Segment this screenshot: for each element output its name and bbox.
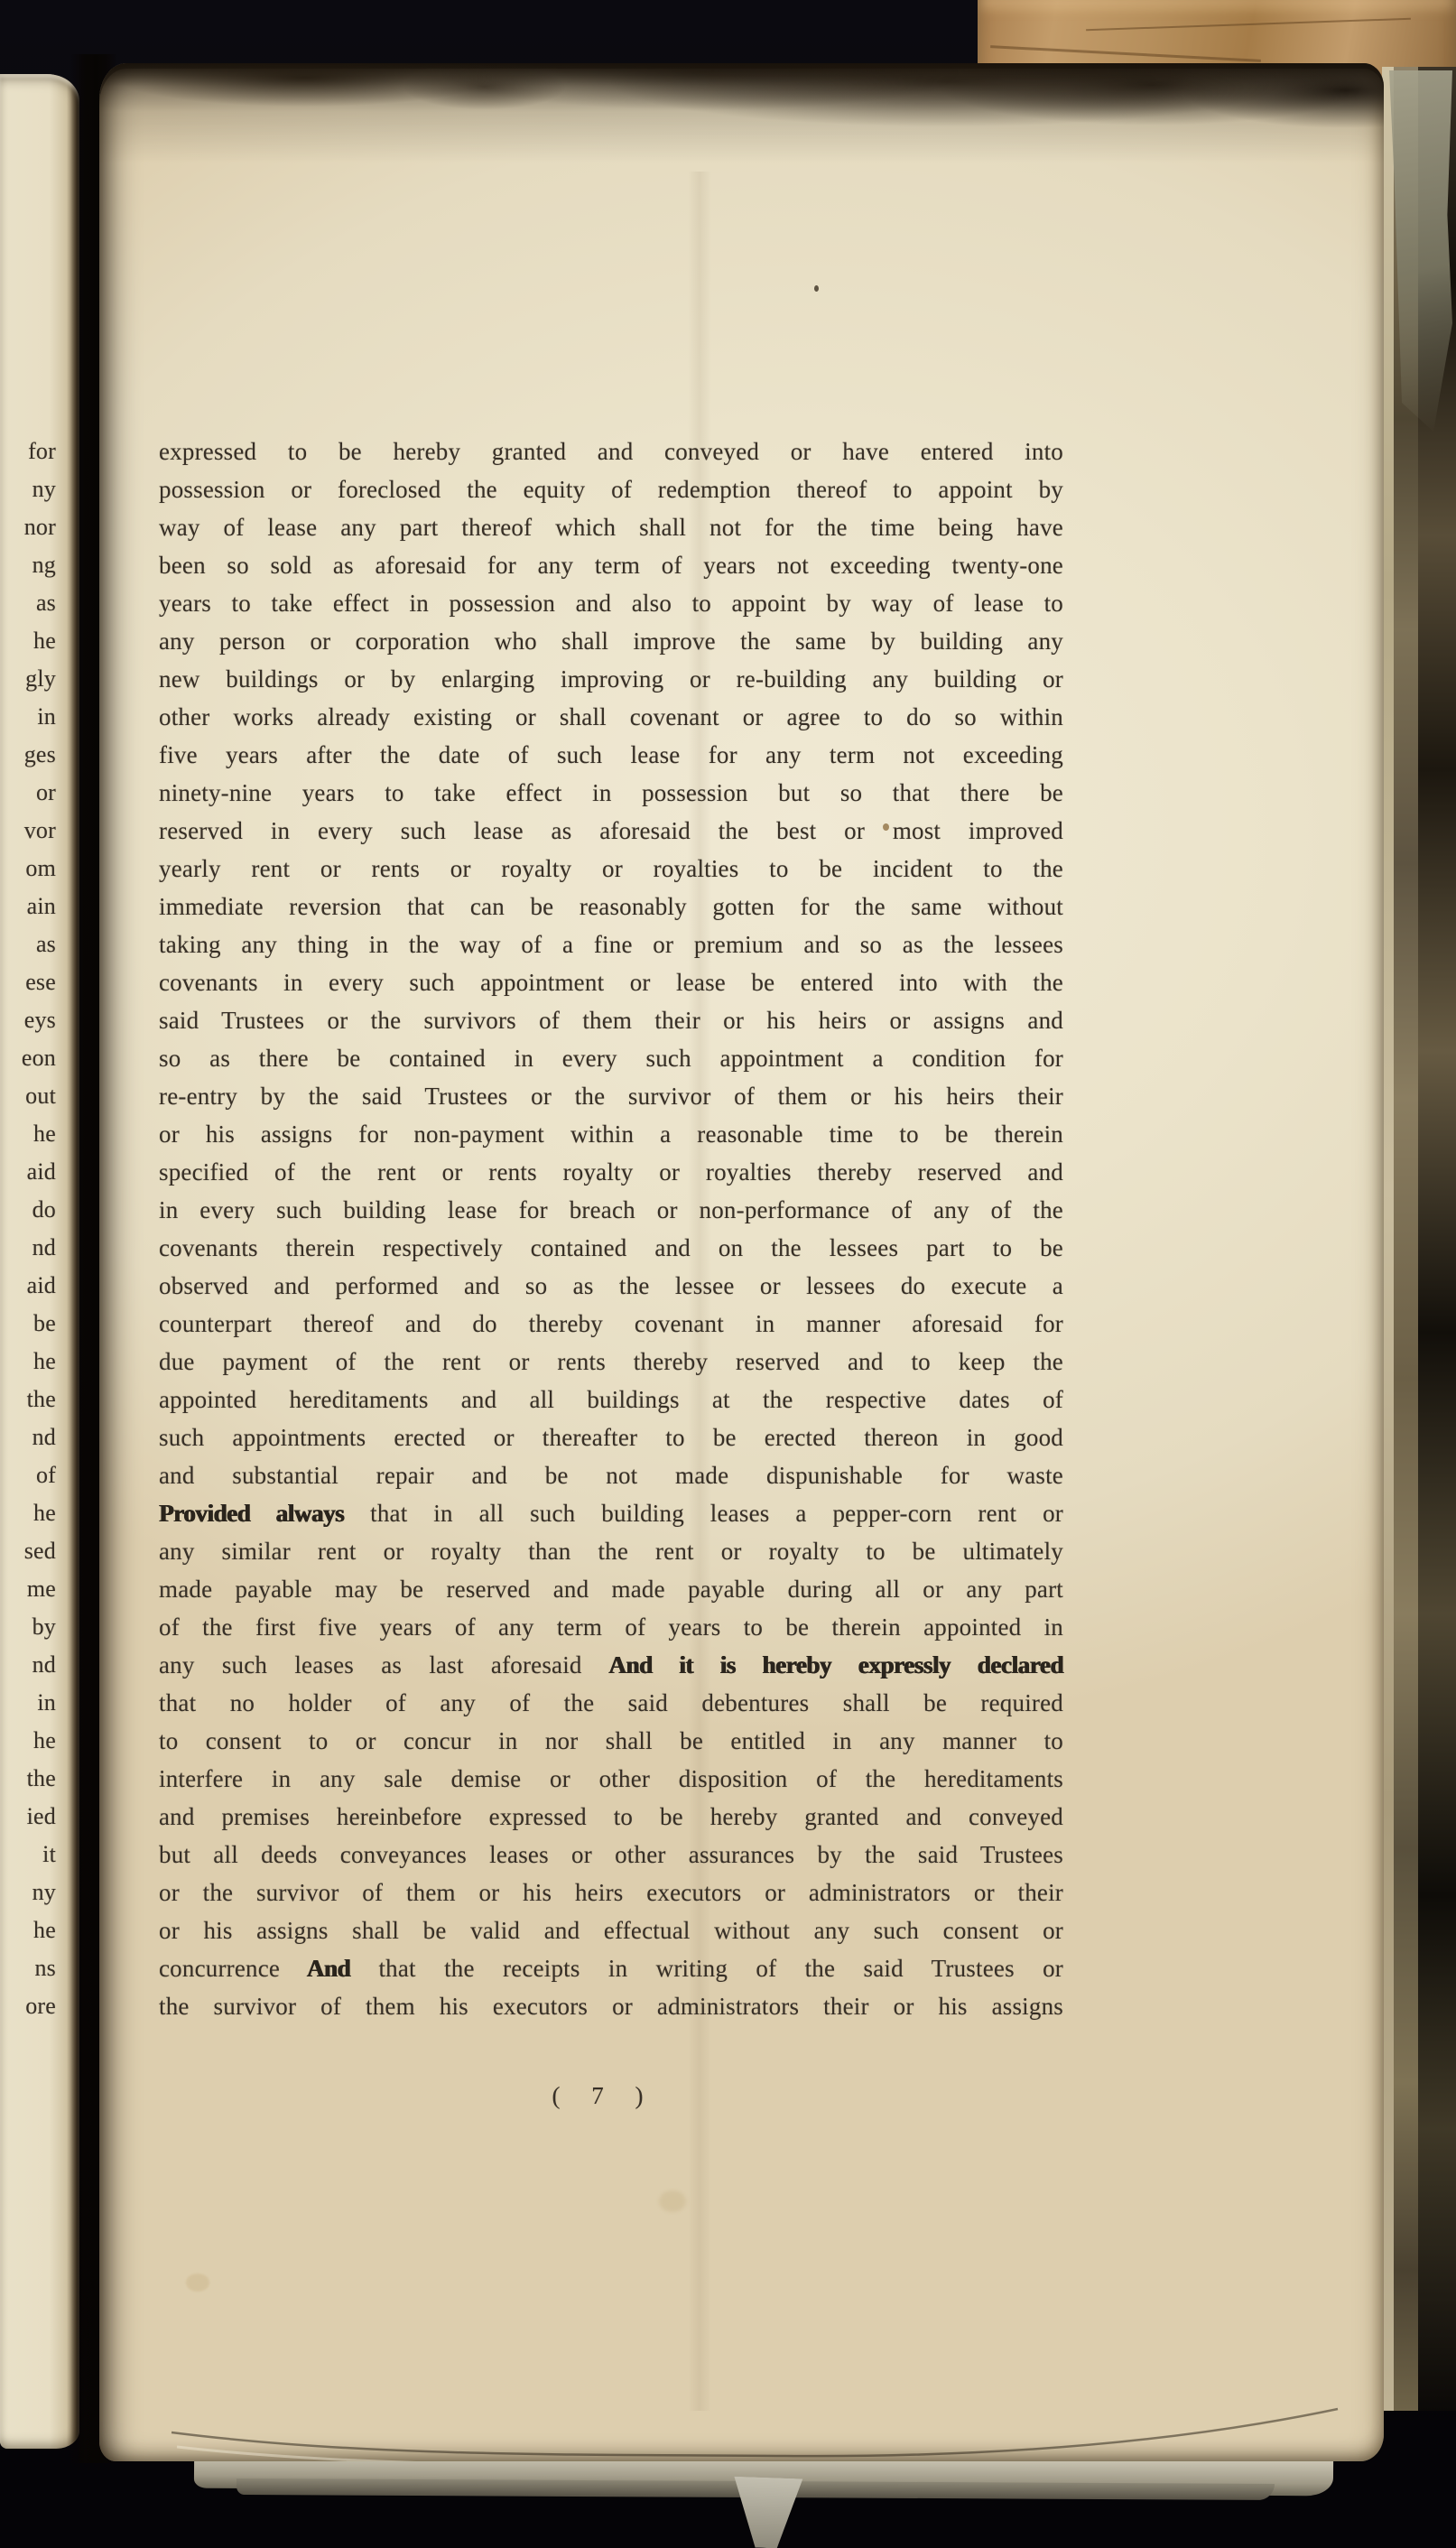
line-ending-fragment: as bbox=[0, 925, 56, 963]
text-segment: so as there be contained in every such a… bbox=[159, 1045, 1063, 1072]
text-segment: ninety-nine years to take effect in poss… bbox=[159, 779, 1063, 806]
text-segment: to consent to or concur in nor shall be … bbox=[159, 1727, 1063, 1754]
text-segment: any similar rent or royalty than the ren… bbox=[159, 1538, 1063, 1565]
blackletter-phrase: And it is hereby expressly declared bbox=[608, 1651, 1063, 1679]
text-line: other works already existing or shall co… bbox=[159, 698, 1063, 736]
text-line: counterpart thereof and do thereby coven… bbox=[159, 1305, 1063, 1343]
line-ending-fragment: as bbox=[0, 584, 56, 622]
book-page: expressed to be hereby granted and conve… bbox=[99, 63, 1384, 2461]
text-segment: of the first five years of any term of y… bbox=[159, 1613, 1063, 1641]
line-ending-fragment: aid bbox=[0, 1153, 56, 1191]
text-line: any person or corporation who shall impr… bbox=[159, 622, 1063, 660]
line-ending-fragment: he bbox=[0, 622, 56, 660]
text-segment: observed and performed and so as the les… bbox=[159, 1272, 1063, 1299]
text-line: new buildings or by enlarging improving … bbox=[159, 660, 1063, 698]
text-line: due payment of the rent or rents thereby… bbox=[159, 1343, 1063, 1381]
text-segment: been so sold as aforesaid for any term o… bbox=[159, 552, 1063, 579]
line-ending-fragment: aid bbox=[0, 1267, 56, 1305]
line-ending-fragment: for bbox=[0, 432, 56, 470]
text-segment: five years after the date of such lease … bbox=[159, 741, 1063, 768]
text-segment: immediate reversion that can be reasonab… bbox=[159, 893, 1063, 920]
book-scan: fornynorngasheglyingesorvoromainaseseeys… bbox=[0, 0, 1456, 2548]
line-ending-fragment: he bbox=[0, 1115, 56, 1153]
paper-stain bbox=[186, 2274, 209, 2292]
line-ending-fragment: out bbox=[0, 1077, 56, 1115]
line-ending-fragment: nd bbox=[0, 1418, 56, 1456]
text-line: to consent to or concur in nor shall be … bbox=[159, 1722, 1063, 1760]
line-ending-fragment: eys bbox=[0, 1001, 56, 1039]
text-segment: possession or foreclosed the equity of r… bbox=[159, 476, 1063, 503]
text-line: expressed to be hereby granted and conve… bbox=[159, 432, 1063, 470]
line-ending-fragment: in bbox=[0, 698, 56, 736]
line-ending-fragment: ny bbox=[0, 1874, 56, 1911]
text-segment: or his assigns for non-payment within a … bbox=[159, 1121, 1063, 1148]
line-ending-fragment: by bbox=[0, 1608, 56, 1646]
text-line: or his assigns for non-payment within a … bbox=[159, 1115, 1063, 1153]
right-page-edges bbox=[1382, 67, 1456, 2411]
blackletter-phrase: And bbox=[307, 1955, 350, 1982]
text-line: or the survivor of them or his heirs exe… bbox=[159, 1874, 1063, 1911]
text-segment: way of lease any part thereof which shal… bbox=[159, 514, 1063, 541]
line-ending-fragment: he bbox=[0, 1343, 56, 1381]
line-ending-fragment: he bbox=[0, 1911, 56, 1949]
text-segment: but all deeds conveyances leases or othe… bbox=[159, 1841, 1063, 1868]
line-ending-fragment: ns bbox=[0, 1949, 56, 1987]
text-segment: covenants therein respectively contained… bbox=[159, 1234, 1063, 1261]
text-segment: in every such building lease for breach … bbox=[159, 1196, 1063, 1223]
text-line: yearly rent or rents or royalty or royal… bbox=[159, 850, 1063, 888]
text-segment: said Trustees or the survivors of them t… bbox=[159, 1007, 1063, 1034]
text-line: five years after the date of such lease … bbox=[159, 736, 1063, 774]
text-line: made payable may be reserved and made pa… bbox=[159, 1570, 1063, 1608]
paper-stain bbox=[659, 2190, 686, 2212]
text-line: taking any thing in the way of a fine or… bbox=[159, 925, 1063, 963]
text-line: reserved in every such lease as aforesai… bbox=[159, 812, 1063, 850]
text-segment: any such leases as last aforesaid bbox=[159, 1651, 582, 1679]
text-segment: or his assigns shall be valid and effect… bbox=[159, 1917, 1063, 1944]
text-segment: yearly rent or rents or royalty or royal… bbox=[159, 855, 1063, 882]
line-ending-fragment: of bbox=[0, 1456, 56, 1494]
text-line: but all deeds conveyances leases or othe… bbox=[159, 1836, 1063, 1874]
line-ending-fragment: gly bbox=[0, 660, 56, 698]
text-segment: taking any thing in the way of a fine or… bbox=[159, 931, 1063, 958]
page-number: ( 7 ) bbox=[144, 2082, 1052, 2110]
text-line: of the first five years of any term of y… bbox=[159, 1608, 1063, 1646]
text-segment: that the receipts in writing of the said… bbox=[350, 1955, 1063, 1982]
text-line: the survivor of them his executors or ad… bbox=[159, 1987, 1063, 2025]
text-segment: re-entry by the said Trustees or the sur… bbox=[159, 1083, 1063, 1110]
left-page-edge: fornynorngasheglyingesorvoromainaseseeys… bbox=[0, 74, 79, 2449]
line-ending-fragment: in bbox=[0, 1684, 56, 1722]
text-segment: reserved in every such lease as aforesai… bbox=[159, 817, 1063, 844]
line-ending-fragment: he bbox=[0, 1722, 56, 1760]
text-line: any such leases as last aforesaidAnd it … bbox=[159, 1646, 1063, 1684]
line-ending-fragment: the bbox=[0, 1381, 56, 1418]
text-line: ninety-nine years to take effect in poss… bbox=[159, 774, 1063, 812]
text-line: immediate reversion that can be reasonab… bbox=[159, 888, 1063, 925]
text-segment: counterpart thereof and do thereby coven… bbox=[159, 1310, 1063, 1337]
text-line: in every such building lease for breach … bbox=[159, 1191, 1063, 1229]
line-ending-fragment: nor bbox=[0, 508, 56, 546]
text-line: observed and performed and so as the les… bbox=[159, 1267, 1063, 1305]
text-segment: that in all such building leases a peppe… bbox=[344, 1500, 1063, 1527]
text-segment: concurrence bbox=[159, 1955, 280, 1982]
text-segment: and premises hereinbefore expressed to b… bbox=[159, 1803, 1063, 1830]
cardboard-crease bbox=[990, 45, 1261, 62]
text-line: any similar rent or royalty than the ren… bbox=[159, 1532, 1063, 1570]
text-line: interfere in any sale demise or other di… bbox=[159, 1760, 1063, 1798]
text-line: specified of the rent or rents royalty o… bbox=[159, 1153, 1063, 1191]
text-line: way of lease any part thereof which shal… bbox=[159, 508, 1063, 546]
line-ending-fragment: ese bbox=[0, 963, 56, 1001]
text-segment: other works already existing or shall co… bbox=[159, 703, 1063, 730]
line-ending-fragment: nd bbox=[0, 1229, 56, 1267]
line-ending-fragment: the bbox=[0, 1760, 56, 1798]
paper-speck bbox=[814, 285, 819, 292]
line-ending-fragment: ng bbox=[0, 546, 56, 584]
line-ending-fragment: ain bbox=[0, 888, 56, 925]
line-ending-fragment: be bbox=[0, 1305, 56, 1343]
text-line: years to take effect in possession and a… bbox=[159, 584, 1063, 622]
text-segment: and substantial repair and be not made d… bbox=[159, 1462, 1063, 1489]
text-segment: any person or corporation who shall impr… bbox=[159, 628, 1063, 655]
text-segment: interfere in any sale demise or other di… bbox=[159, 1765, 1063, 1792]
text-line: and premises hereinbefore expressed to b… bbox=[159, 1798, 1063, 1836]
text-line: Provided always that in all such buildin… bbox=[159, 1494, 1063, 1532]
text-line: so as there be contained in every such a… bbox=[159, 1039, 1063, 1077]
text-segment: due payment of the rent or rents thereby… bbox=[159, 1348, 1063, 1375]
text-segment: made payable may be reserved and made pa… bbox=[159, 1576, 1063, 1603]
line-ending-fragment: eon bbox=[0, 1039, 56, 1077]
line-ending-fragment: ore bbox=[0, 1987, 56, 2025]
line-ending-fragment: ges bbox=[0, 736, 56, 774]
text-segment: such appointments erected or thereafter … bbox=[159, 1424, 1063, 1451]
line-ending-fragment: sed bbox=[0, 1532, 56, 1570]
document-text: expressed to be hereby granted and conve… bbox=[159, 432, 1063, 2025]
blackletter-phrase: Provided always bbox=[159, 1500, 344, 1527]
line-ending-fragment: ny bbox=[0, 470, 56, 508]
left-page-line-endings: fornynorngasheglyingesorvoromainaseseeys… bbox=[0, 432, 56, 2025]
line-ending-fragment: vor bbox=[0, 812, 56, 850]
text-line: that no holder of any of the said debent… bbox=[159, 1684, 1063, 1722]
text-line: such appointments erected or thereafter … bbox=[159, 1418, 1063, 1456]
text-segment: or the survivor of them or his heirs exe… bbox=[159, 1879, 1063, 1906]
text-line: covenants in every such appointment or l… bbox=[159, 963, 1063, 1001]
line-ending-fragment: om bbox=[0, 850, 56, 888]
text-segment: years to take effect in possession and a… bbox=[159, 590, 1063, 617]
text-segment: that no holder of any of the said debent… bbox=[159, 1689, 1063, 1716]
text-segment: covenants in every such appointment or l… bbox=[159, 969, 1063, 996]
text-segment: the survivor of them his executors or ad… bbox=[159, 1993, 1063, 2020]
text-segment: appointed hereditaments and all building… bbox=[159, 1386, 1063, 1413]
cardboard-crease bbox=[1086, 18, 1411, 32]
text-line: appointed hereditaments and all building… bbox=[159, 1381, 1063, 1418]
line-ending-fragment: he bbox=[0, 1494, 56, 1532]
line-ending-fragment: ied bbox=[0, 1798, 56, 1836]
line-ending-fragment: nd bbox=[0, 1646, 56, 1684]
text-line: covenants therein respectively contained… bbox=[159, 1229, 1063, 1267]
text-segment: new buildings or by enlarging improving … bbox=[159, 665, 1063, 693]
text-line: and substantial repair and be not made d… bbox=[159, 1456, 1063, 1494]
line-ending-fragment: me bbox=[0, 1570, 56, 1608]
text-segment: expressed to be hereby granted and conve… bbox=[159, 438, 1063, 465]
text-line: concurrenceAnd that the receipts in writ… bbox=[159, 1949, 1063, 1987]
text-line: or his assigns shall be valid and effect… bbox=[159, 1911, 1063, 1949]
text-line: been so sold as aforesaid for any term o… bbox=[159, 546, 1063, 584]
text-line: re-entry by the said Trustees or the sur… bbox=[159, 1077, 1063, 1115]
text-segment: specified of the rent or rents royalty o… bbox=[159, 1158, 1063, 1186]
line-ending-fragment: do bbox=[0, 1191, 56, 1229]
burned-top-edge bbox=[99, 63, 1384, 208]
line-ending-fragment: or bbox=[0, 774, 56, 812]
text-line: said Trustees or the survivors of them t… bbox=[159, 1001, 1063, 1039]
binding-strip bbox=[1394, 67, 1418, 2411]
text-line: possession or foreclosed the equity of r… bbox=[159, 470, 1063, 508]
line-ending-fragment: it bbox=[0, 1836, 56, 1874]
